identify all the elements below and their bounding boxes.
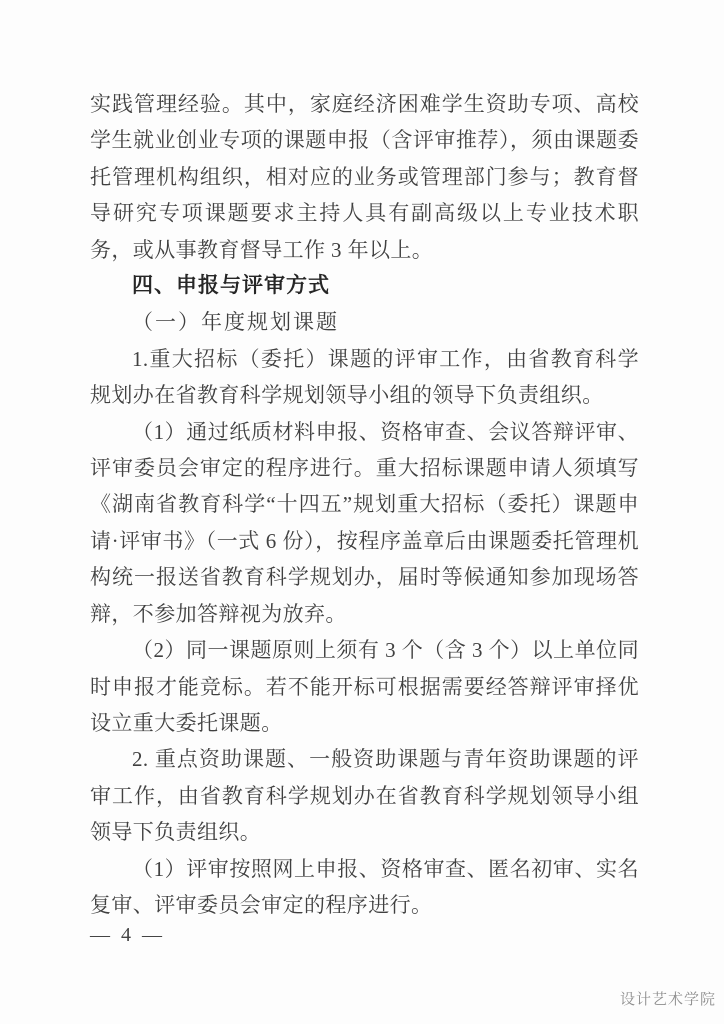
- paragraph-item-2: 2. 重点资助课题、一般资助课题与青年资助课题的评审工作，由省教育科学规划办在省…: [90, 741, 639, 850]
- watermark: 设计艺术学院: [620, 991, 716, 1009]
- section-heading: 四、申报与评审方式: [90, 268, 639, 304]
- paragraph-item-1-2: （2）同一课题原则上须有 3 个（含 3 个）以上单位同时申报才能竞标。若不能开…: [90, 632, 639, 741]
- document-page: 实践管理经验。其中，家庭经济困难学生资助专项、高校学生就业创业专项的课题申报（含…: [0, 0, 724, 1024]
- subsection-heading: （一）年度规划课题: [90, 304, 639, 340]
- paragraph-item-1-1: （1）通过纸质材料申报、资格审查、会议答辩评审、评审委员会审定的程序进行。重大招…: [90, 414, 639, 632]
- page-number: — 4 —: [90, 923, 165, 947]
- paragraph-item-2-1: （1）评审按照网上申报、资格审查、匿名初审、实名复审、评审委员会审定的程序进行。: [90, 851, 639, 924]
- paragraph-item-1: 1.重大招标（委托）课题的评审工作，由省教育科学规划办在省教育科学规划领导小组的…: [90, 341, 639, 414]
- document-body: 实践管理经验。其中，家庭经济困难学生资助专项、高校学生就业创业专项的课题申报（含…: [90, 86, 639, 923]
- paragraph-continuation: 实践管理经验。其中，家庭经济困难学生资助专项、高校学生就业创业专项的课题申报（含…: [90, 86, 639, 268]
